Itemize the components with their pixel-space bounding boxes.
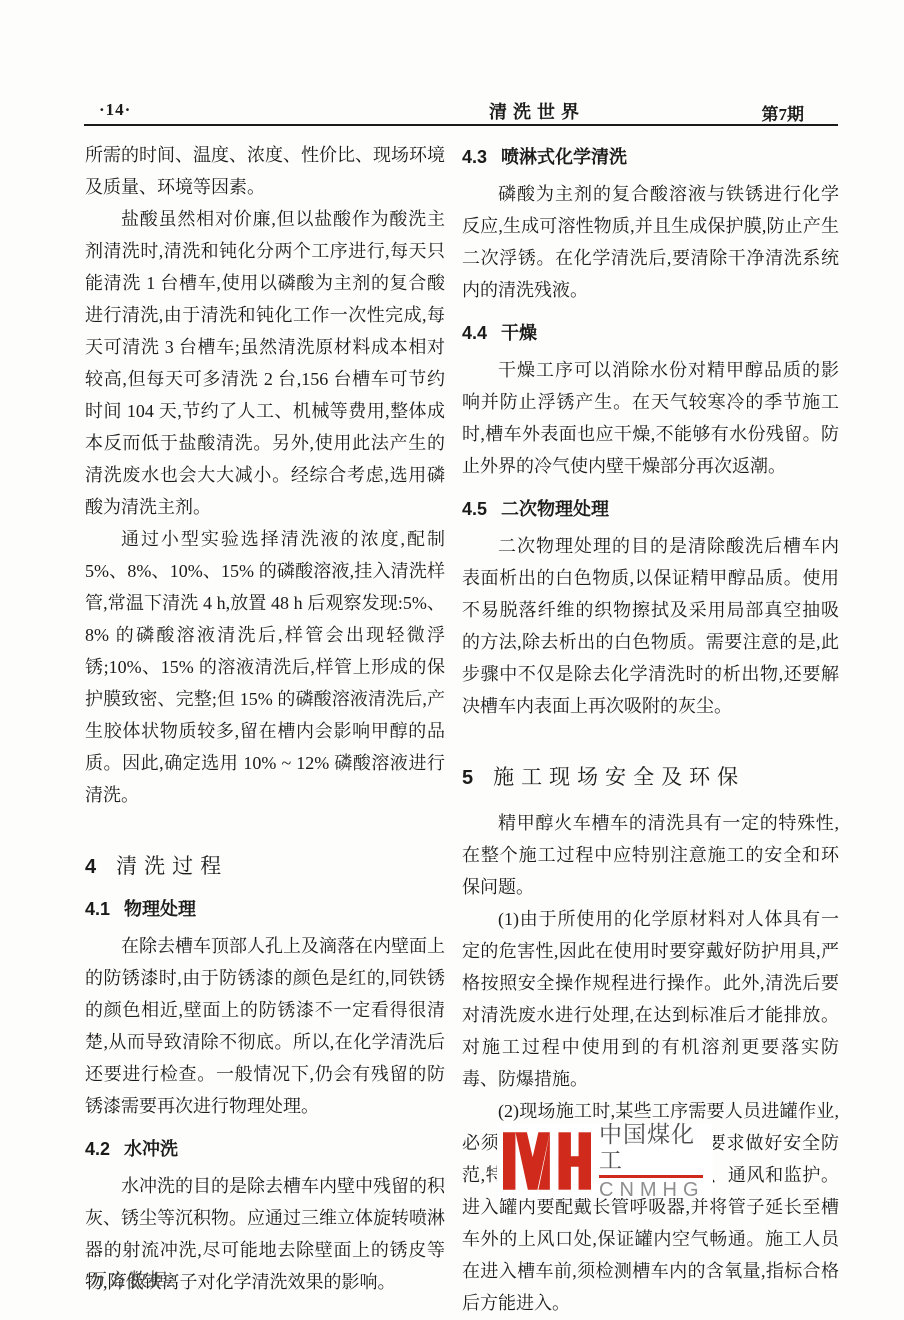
paragraph-concentration-experiment: 通过小型实验选择清洗液的浓度,配制 5%、8%、10%、15% 的磷酸溶液,挂入… <box>85 523 445 811</box>
journal-page: ·14· 清洗世界 第7期 所需的时间、温度、浓度、性价比、现场环境及质量、环境… <box>0 0 904 1320</box>
page-header: ·14· 清洗世界 第7期 <box>85 100 838 124</box>
paragraph-drying: 干燥工序可以消除水份对精甲醇品质的影响并防止浮锈产生。在天气较寒冷的季节施工时,… <box>462 354 839 482</box>
left-column: 所需的时间、温度、浓度、性价比、现场环境及质量、环境等因素。 盐酸虽然相对价廉,… <box>85 139 445 1298</box>
subsection-heading-4-5: 4.5二次物理处理 <box>462 497 839 521</box>
paragraph-spray-chemical-cleaning: 磷酸为主剂的复合酸溶液与铁锈进行化学反应,生成可溶性物质,并且生成保护膜,防止产… <box>462 178 839 306</box>
paragraph-physical-treatment: 在除去槽车顶部人孔上及滴落在内壁面上的防锈漆时,由于防锈漆的颜色是红的,同铁锈的… <box>85 930 445 1122</box>
section-number: 4 <box>85 856 96 878</box>
subsection-heading-4-2: 4.2水冲洗 <box>85 1137 445 1161</box>
cnmhg-logo-icon <box>503 1132 591 1190</box>
subsection-title: 二次物理处理 <box>501 499 609 519</box>
paragraph-second-physical-treatment: 二次物理处理的目的是清除酸洗后槽车内表面析出的白色物质,以保证精甲醇品质。使用不… <box>462 530 839 722</box>
footer-brand: 万方数据 <box>89 1266 169 1292</box>
section-number: 5 <box>462 767 473 789</box>
subsection-number: 4.2 <box>85 1139 110 1159</box>
paragraph-safety-item-1: (1)由于所使用的化学原材料对人体具有一定的危害性,因此在使用时要穿戴好防护用具… <box>462 903 839 1095</box>
subsection-number: 4.1 <box>85 899 110 919</box>
subsection-title: 水冲洗 <box>124 1139 178 1159</box>
subsection-number: 4.3 <box>462 147 487 167</box>
watermark-red-underline <box>599 1175 703 1178</box>
cnmhg-watermark: 中国煤化工 CNMHG <box>497 1124 713 1198</box>
subsection-title: 干燥 <box>501 323 537 343</box>
subsection-title: 物理处理 <box>124 899 196 919</box>
paragraph-continuation: 所需的时间、温度、浓度、性价比、现场环境及质量、环境等因素。 <box>85 139 445 203</box>
issue-label: 第7期 <box>762 100 805 125</box>
paragraph-safety-intro: 精甲醇火车槽车的清洗具有一定的特殊性,在整个施工过程中应特别注意施工的安全和环保… <box>462 807 839 903</box>
watermark-latin-text: CNMHG <box>599 1179 713 1201</box>
section-heading-5: 5施工现场安全及环保 <box>462 762 839 793</box>
watermark-chinese-text: 中国煤化工 <box>599 1121 713 1173</box>
section-heading-4: 4清洗过程 <box>85 851 445 882</box>
journal-title: 清洗世界 <box>489 98 585 124</box>
subsection-number: 4.4 <box>462 323 487 343</box>
subsection-heading-4-1: 4.1物理处理 <box>85 897 445 921</box>
watermark-text-block: 中国煤化工 CNMHG <box>599 1121 713 1201</box>
subsection-heading-4-4: 4.4干燥 <box>462 321 839 345</box>
header-rule <box>84 124 838 126</box>
section-title: 施工现场安全及环保 <box>493 765 745 789</box>
page-number: ·14· <box>99 100 131 120</box>
subsection-title: 喷淋式化学清洗 <box>501 147 627 167</box>
paragraph-hcl-comparison: 盐酸虽然相对价廉,但以盐酸作为酸洗主剂清洗时,清洗和钝化分两个工序进行,每天只能… <box>85 203 445 523</box>
section-title: 清洗过程 <box>116 854 228 878</box>
subsection-heading-4-3: 4.3喷淋式化学清洗 <box>462 145 839 169</box>
subsection-number: 4.5 <box>462 499 487 519</box>
